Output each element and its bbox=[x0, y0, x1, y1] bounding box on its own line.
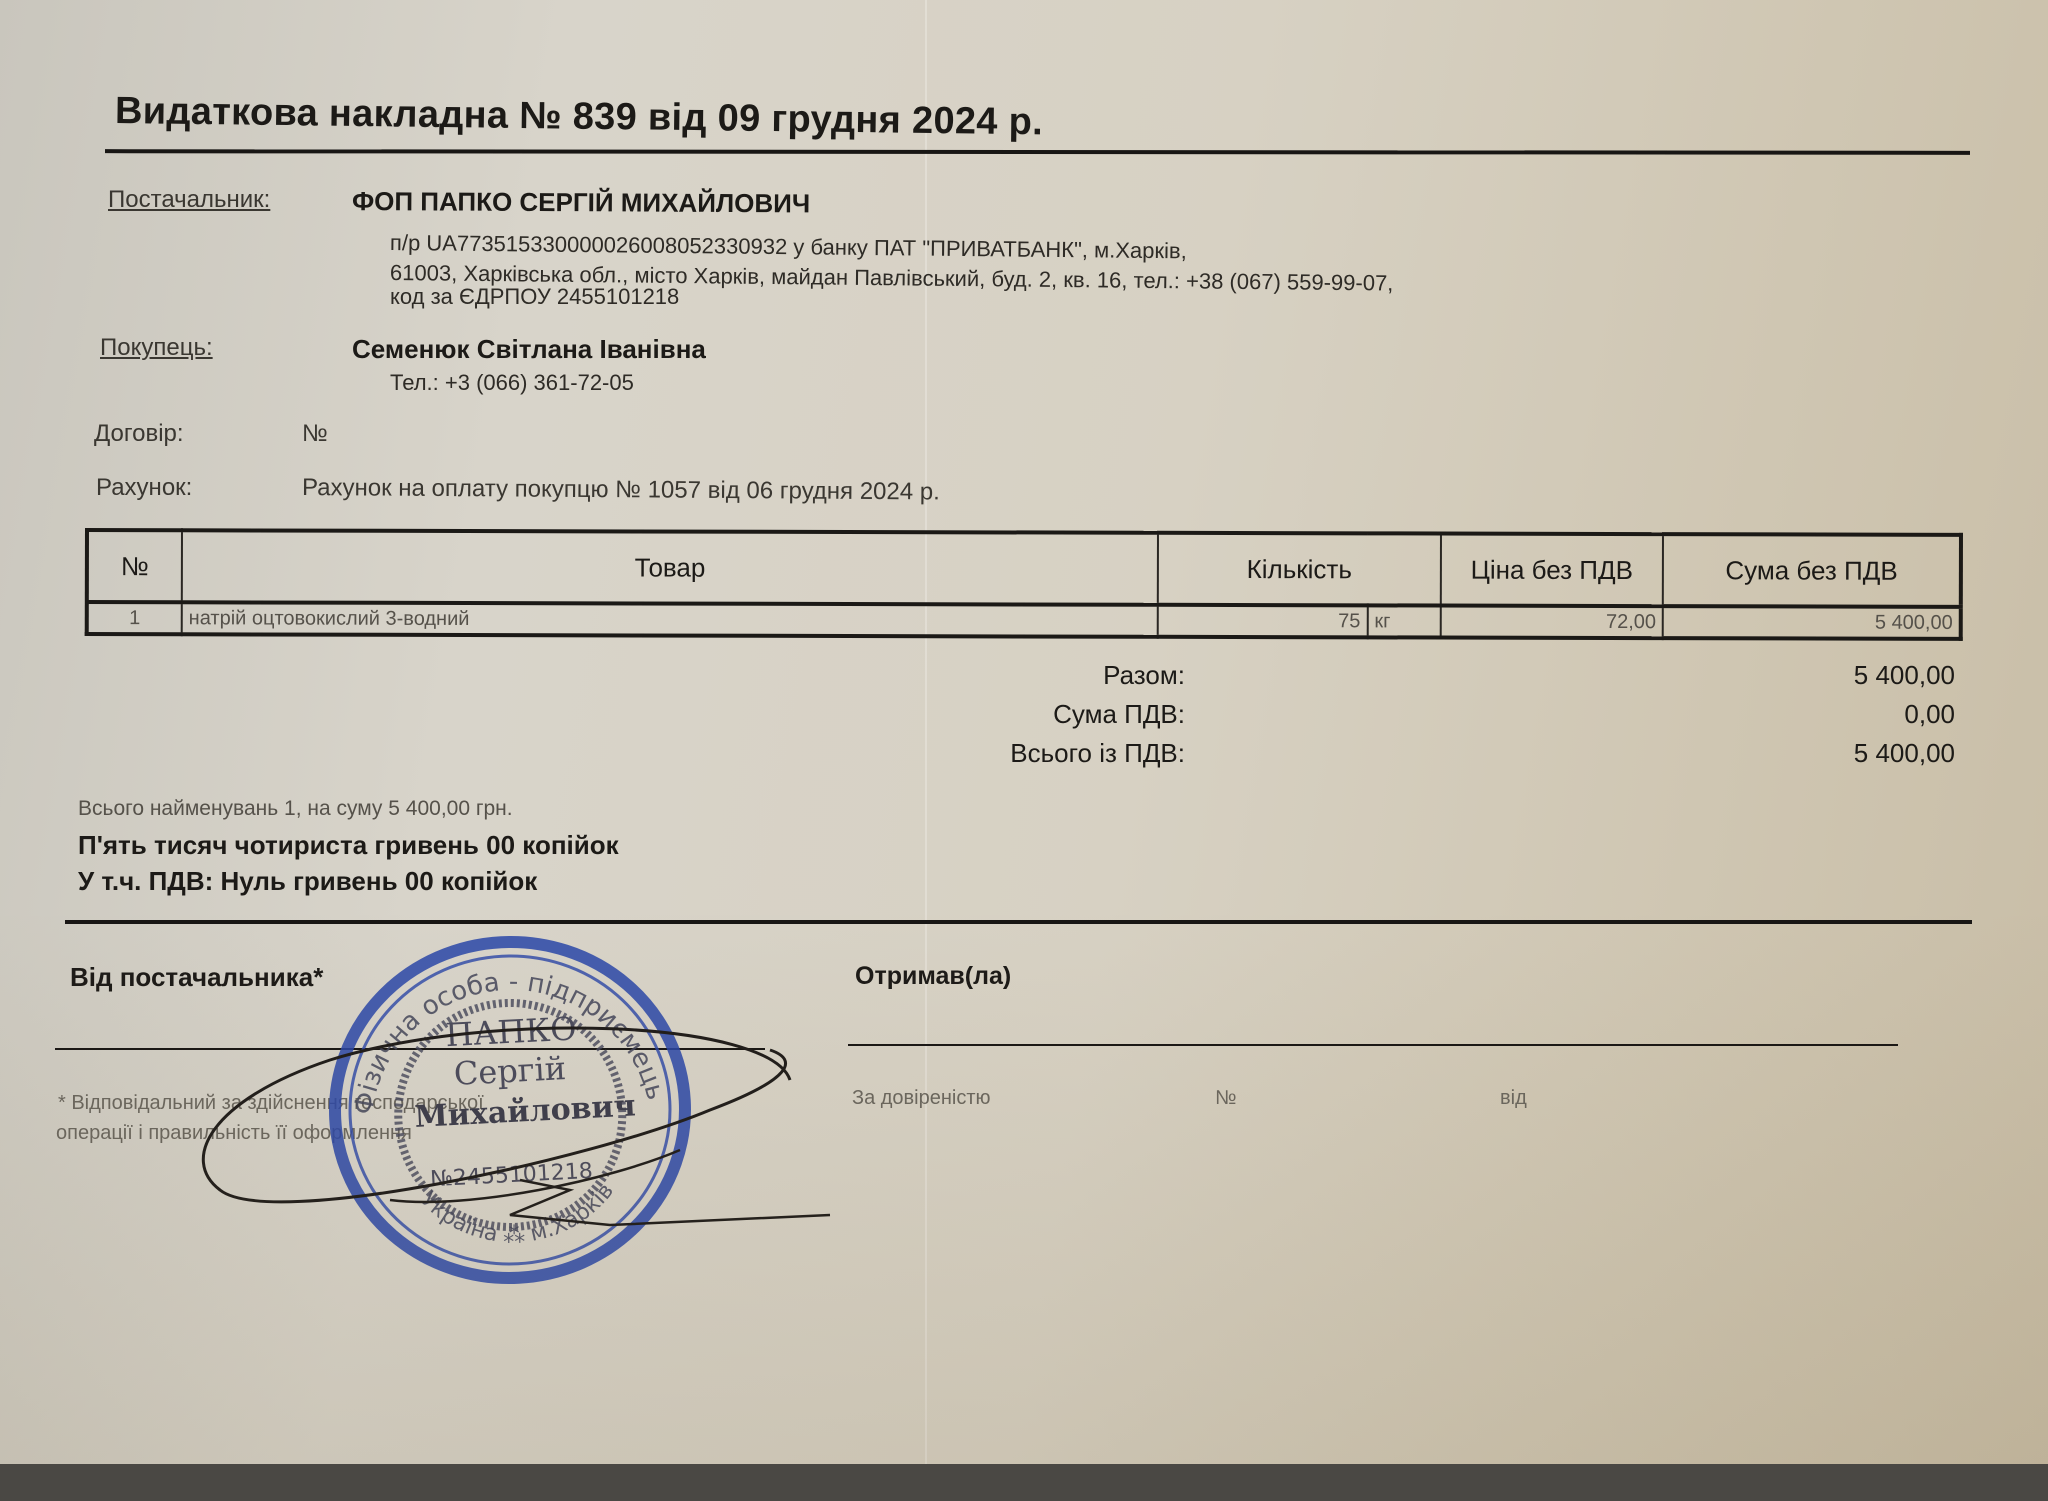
buyer-name: Семенюк Світлана Іванівна bbox=[352, 334, 706, 365]
vat-label: Сума ПДВ: bbox=[785, 699, 1185, 730]
buyer-phone: Тел.: +3 (066) 361-72-05 bbox=[390, 370, 634, 396]
row-qty: 75 bbox=[1158, 605, 1367, 638]
invoice-label: Рахунок: bbox=[96, 474, 192, 502]
proxy-date: від bbox=[1500, 1087, 1527, 1110]
total-label: Разом: bbox=[785, 660, 1185, 691]
row-unit: кг bbox=[1367, 605, 1440, 637]
table-row: 1 натрій оцтовокислий 3-водний 75 кг 72,… bbox=[87, 602, 1961, 639]
proxy-number: № bbox=[1215, 1087, 1236, 1110]
invoice-value: Рахунок на оплату покупцю № 1057 від 06 … bbox=[302, 474, 940, 506]
row-item: натрій оцтовокислий 3-водний bbox=[182, 602, 1158, 637]
title-rule bbox=[105, 149, 1970, 155]
vat-in-words: У т.ч. ПДВ: Нуль гривень 00 копійок bbox=[78, 866, 537, 897]
supplier-label: Постачальник: bbox=[108, 186, 270, 214]
items-summary: Всього найменувань 1, на суму 5 400,00 г… bbox=[78, 797, 513, 821]
col-qty: Кількість bbox=[1158, 533, 1440, 606]
supplier-name: ФОП ПАПКО СЕРГІЙ МИХАЙЛОВИЧ bbox=[352, 186, 810, 219]
contract-value: № bbox=[302, 420, 328, 448]
signature-scribble bbox=[190, 1000, 850, 1260]
col-no: № bbox=[87, 530, 182, 602]
supplier-edrpou: код за ЄДРПОУ 2455101218 bbox=[390, 284, 679, 310]
row-sum: 5 400,00 bbox=[1663, 606, 1961, 639]
received-label: Отримав(ла) bbox=[855, 962, 1011, 991]
supplier-account: п/р UA773515330000026008052330932 у банк… bbox=[390, 230, 1187, 264]
items-table: № Товар Кількість Ціна без ПДВ Сума без … bbox=[85, 528, 1963, 641]
amount-in-words: П'ять тисяч чотириста гривень 00 копійок bbox=[78, 830, 619, 861]
row-no: 1 bbox=[87, 602, 182, 634]
invoice-paper: Видаткова накладна № 839 від 09 грудня 2… bbox=[0, 0, 2048, 1464]
proxy-label: За довіреністю bbox=[852, 1087, 991, 1110]
col-price: Ціна без ПДВ bbox=[1440, 534, 1663, 607]
total-value: 5 400,00 bbox=[1655, 660, 1955, 691]
col-sum: Сума без ПДВ bbox=[1663, 534, 1961, 607]
grand-total-value: 5 400,00 bbox=[1655, 738, 1955, 769]
document-title: Видаткова накладна № 839 від 09 грудня 2… bbox=[115, 90, 1044, 144]
contract-label: Договір: bbox=[94, 420, 184, 448]
col-item: Товар bbox=[182, 530, 1159, 605]
grand-total-label: Всього із ПДВ: bbox=[785, 738, 1185, 769]
receiver-signature-line bbox=[848, 1044, 1898, 1046]
buyer-label: Покупець: bbox=[100, 334, 213, 362]
from-supplier-label: Від постачальника* bbox=[70, 962, 323, 993]
table-header-row: № Товар Кількість Ціна без ПДВ Сума без … bbox=[87, 530, 1961, 607]
row-price: 72,00 bbox=[1440, 606, 1663, 639]
vat-value: 0,00 bbox=[1655, 699, 1955, 730]
paper-fold bbox=[925, 0, 927, 1464]
